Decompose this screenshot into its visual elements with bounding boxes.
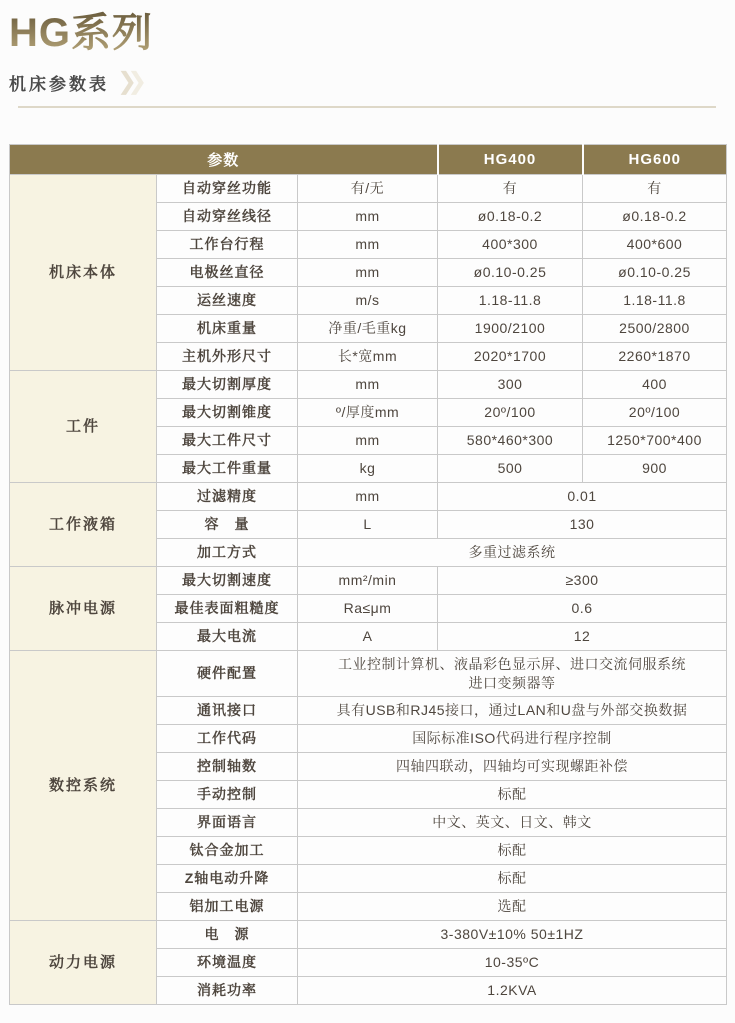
- shared-value-cell: 多重过滤系统: [298, 539, 727, 567]
- shared-value-cell: 1.2KVA: [298, 977, 727, 1005]
- machine-spec-table: 参数 HG400 HG600 机床本体自动穿丝功能有/无有有自动穿丝线径mmø0…: [9, 144, 727, 1005]
- param-label-cell: 界面语言: [157, 809, 298, 837]
- table-row: 数控系统硬件配置工业控制计算机、液晶彩色显示屏、进口交流伺服系统 进口变频器等: [10, 651, 727, 697]
- param-label-cell: 硬件配置: [157, 651, 298, 697]
- param-header-cell: 参数: [10, 145, 438, 175]
- param-label-cell: 容 量: [157, 511, 298, 539]
- unit-cell: kg: [298, 455, 438, 483]
- value-hg600-cell: 400: [583, 371, 727, 399]
- param-label-cell: 工作台行程: [157, 231, 298, 259]
- value-hg400-cell: 1.18-11.8: [438, 287, 583, 315]
- shared-value-cell: 标配: [298, 837, 727, 865]
- category-cell: 动力电源: [10, 921, 157, 1005]
- value-hg400-cell: 1900/2100: [438, 315, 583, 343]
- shared-value-cell: 选配: [298, 893, 727, 921]
- unit-cell: mm: [298, 203, 438, 231]
- shared-value-cell: 工业控制计算机、液晶彩色显示屏、进口交流伺服系统 进口变频器等: [298, 651, 727, 697]
- param-label-cell: 最大电流: [157, 623, 298, 651]
- chevron-right-icon: ❯: [127, 70, 147, 94]
- model-header-cell-hg400: HG400: [438, 145, 583, 175]
- param-label-cell: 最大切割锥度: [157, 399, 298, 427]
- value-hg400-cell: 300: [438, 371, 583, 399]
- unit-cell: 长*宽mm: [298, 343, 438, 371]
- param-label-cell: 过滤精度: [157, 483, 298, 511]
- unit-cell: A: [298, 623, 438, 651]
- value-hg600-cell: ø0.18-0.2: [583, 203, 727, 231]
- value-hg600-cell: 900: [583, 455, 727, 483]
- table-row: 脉冲电源最大切割速度mm²/min≥300: [10, 567, 727, 595]
- value-hg600-cell: 2260*1870: [583, 343, 727, 371]
- shared-value-cell: 10-35ºC: [298, 949, 727, 977]
- shared-value-cell: 四轴四联动，四轴均可实现螺距补偿: [298, 753, 727, 781]
- unit-cell: L: [298, 511, 438, 539]
- unit-cell: º/厚度mm: [298, 399, 438, 427]
- param-label-cell: 手动控制: [157, 781, 298, 809]
- param-label-cell: 铝加工电源: [157, 893, 298, 921]
- shared-value-cell: 中文、英文、日文、韩文: [298, 809, 727, 837]
- param-label-cell: 主机外形尺寸: [157, 343, 298, 371]
- value-hg600-cell: 有: [583, 175, 727, 203]
- shared-value-cell: 标配: [298, 781, 727, 809]
- param-label-cell: 控制轴数: [157, 753, 298, 781]
- value-hg600-cell: 400*600: [583, 231, 727, 259]
- table-row: 工件最大切割厚度mm300400: [10, 371, 727, 399]
- value-hg400-cell: 20º/100: [438, 399, 583, 427]
- param-label-cell: 最大工件重量: [157, 455, 298, 483]
- param-label-cell: 通讯接口: [157, 697, 298, 725]
- unit-cell: 净重/毛重kg: [298, 315, 438, 343]
- unit-cell: mm: [298, 231, 438, 259]
- header-divider: [18, 106, 716, 108]
- subtitle-row: 机床参数表 ❯ ❯: [9, 69, 725, 95]
- table-row: 机床本体自动穿丝功能有/无有有: [10, 175, 727, 203]
- table-row: 动力电源电 源3-380V±10% 50±1HZ: [10, 921, 727, 949]
- param-label-cell: 最大切割速度: [157, 567, 298, 595]
- model-header-cell-hg600: HG600: [583, 145, 727, 175]
- value-hg400-cell: ø0.10-0.25: [438, 259, 583, 287]
- unit-cell: Ra≤μm: [298, 595, 438, 623]
- spec-table-body: 机床本体自动穿丝功能有/无有有自动穿丝线径mmø0.18-0.2ø0.18-0.…: [10, 175, 727, 1005]
- param-label-cell: 电极丝直径: [157, 259, 298, 287]
- unit-cell: mm: [298, 371, 438, 399]
- page-header: HG系列 机床参数表 ❯ ❯: [0, 0, 735, 108]
- param-label-cell: 最大切割厚度: [157, 371, 298, 399]
- category-cell: 机床本体: [10, 175, 157, 371]
- param-label-cell: 最大工件尺寸: [157, 427, 298, 455]
- param-label-cell: 机床重量: [157, 315, 298, 343]
- category-cell: 脉冲电源: [10, 567, 157, 651]
- param-label-cell: 环境温度: [157, 949, 298, 977]
- category-cell: 工件: [10, 371, 157, 483]
- category-cell: 工作液箱: [10, 483, 157, 567]
- shared-value-cell: 0.01: [438, 483, 727, 511]
- value-hg400-cell: 2020*1700: [438, 343, 583, 371]
- unit-cell: mm: [298, 427, 438, 455]
- param-label-cell: 钛合金加工: [157, 837, 298, 865]
- shared-value-cell: ≥300: [438, 567, 727, 595]
- param-label-cell: Z轴电动升降: [157, 865, 298, 893]
- param-label-cell: 自动穿丝线径: [157, 203, 298, 231]
- param-label-cell: 电 源: [157, 921, 298, 949]
- param-label-cell: 自动穿丝功能: [157, 175, 298, 203]
- shared-value-cell: 标配: [298, 865, 727, 893]
- shared-value-cell: 0.6: [438, 595, 727, 623]
- page-subtitle: 机床参数表: [9, 70, 109, 95]
- value-hg600-cell: ø0.10-0.25: [583, 259, 727, 287]
- value-hg600-cell: 1250*700*400: [583, 427, 727, 455]
- value-hg600-cell: 2500/2800: [583, 315, 727, 343]
- shared-value-cell: 3-380V±10% 50±1HZ: [298, 921, 727, 949]
- shared-value-cell: 130: [438, 511, 727, 539]
- unit-cell: m/s: [298, 287, 438, 315]
- param-label-cell: 消耗功率: [157, 977, 298, 1005]
- value-hg400-cell: ø0.18-0.2: [438, 203, 583, 231]
- table-header-row: 参数 HG400 HG600: [10, 145, 727, 175]
- page-title: HG系列: [9, 10, 153, 56]
- category-cell: 数控系统: [10, 651, 157, 921]
- param-label-cell: 运丝速度: [157, 287, 298, 315]
- table-row: 工作液箱过滤精度mm0.01: [10, 483, 727, 511]
- value-hg400-cell: 500: [438, 455, 583, 483]
- shared-value-cell: 具有USB和RJ45接口，通过LAN和U盘与外部交换数据: [298, 697, 727, 725]
- shared-value-cell: 国际标准ISO代码进行程序控制: [298, 725, 727, 753]
- shared-value-cell: 12: [438, 623, 727, 651]
- value-hg600-cell: 1.18-11.8: [583, 287, 727, 315]
- param-label-cell: 工作代码: [157, 725, 298, 753]
- value-hg400-cell: 有: [438, 175, 583, 203]
- unit-cell: 有/无: [298, 175, 438, 203]
- unit-cell: mm: [298, 259, 438, 287]
- unit-cell: mm²/min: [298, 567, 438, 595]
- double-chevron-right-icon: ❯ ❯: [117, 70, 147, 94]
- param-label-cell: 最佳表面粗糙度: [157, 595, 298, 623]
- unit-cell: mm: [298, 483, 438, 511]
- value-hg600-cell: 20º/100: [583, 399, 727, 427]
- value-hg400-cell: 400*300: [438, 231, 583, 259]
- value-hg400-cell: 580*460*300: [438, 427, 583, 455]
- param-label-cell: 加工方式: [157, 539, 298, 567]
